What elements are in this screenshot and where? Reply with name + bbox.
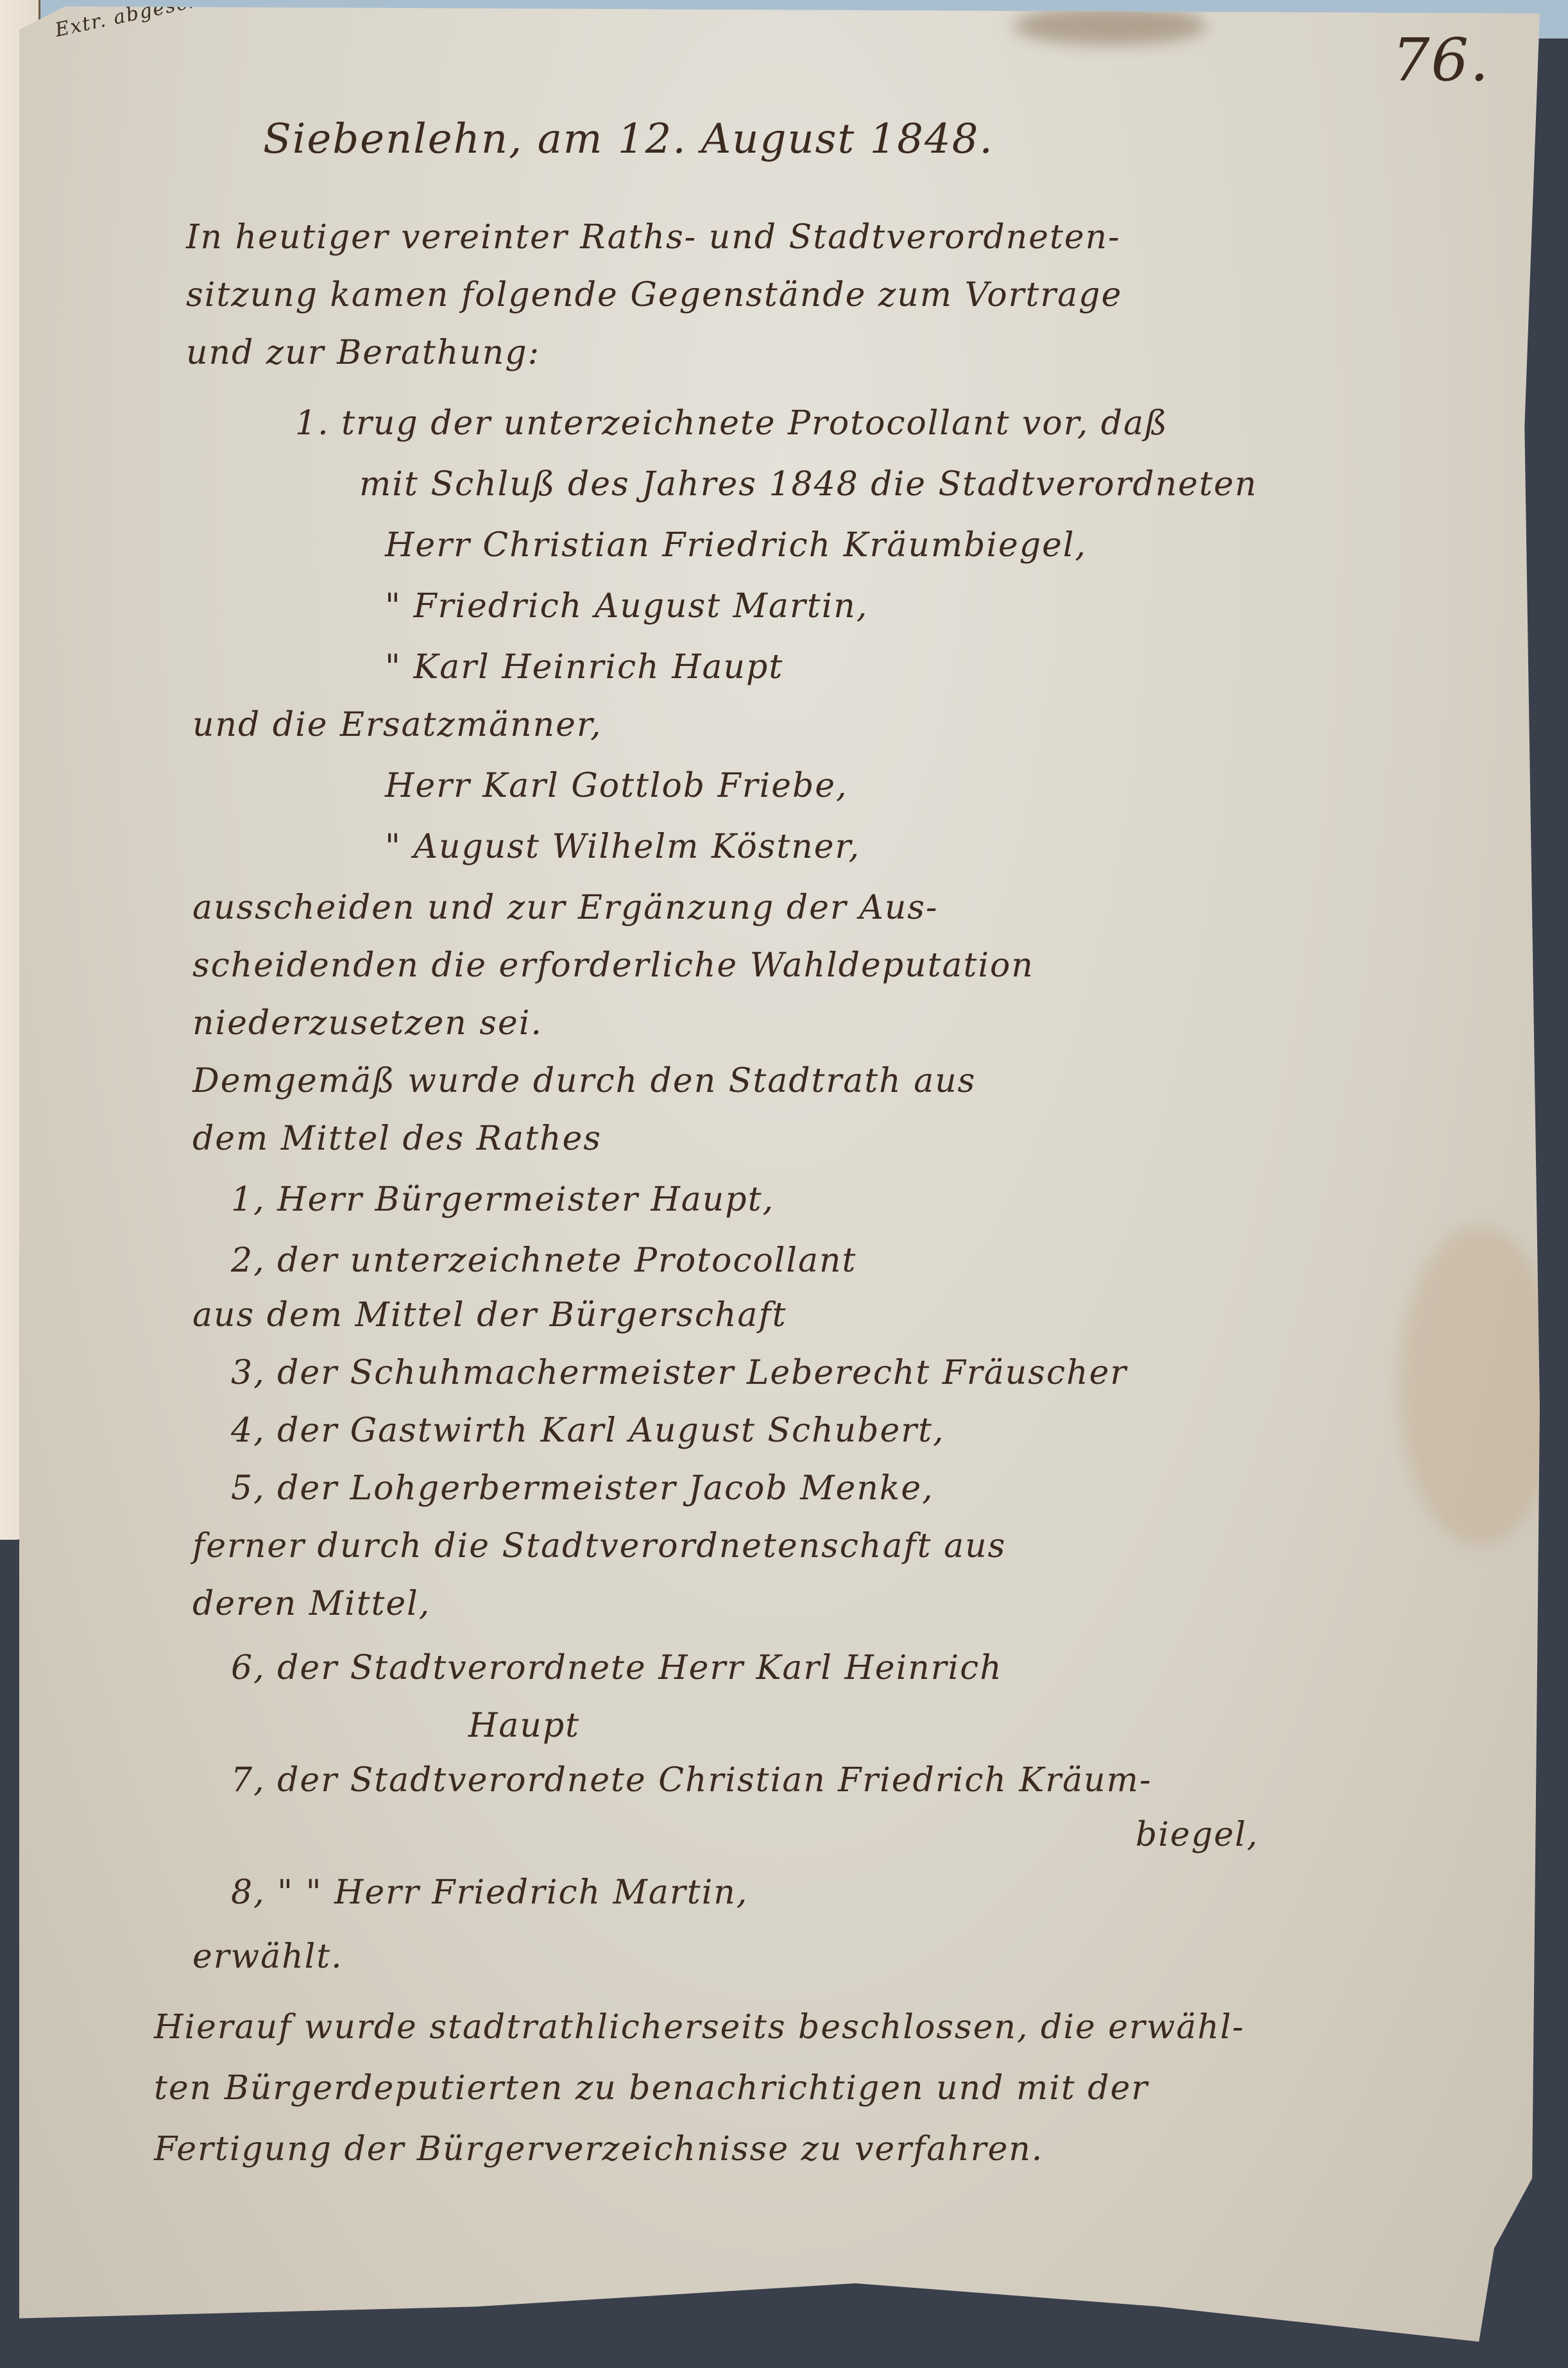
text-line: Herr Karl Gottlob Friebe, — [385, 767, 848, 805]
text-line: 5, der Lohgerbermeister Jacob Menke, — [231, 1469, 934, 1508]
text-line: 4, der Gastwirth Karl August Schubert, — [231, 1411, 945, 1450]
document-heading: Siebenlehn, am 12. August 1848. — [263, 115, 994, 163]
text-line: dem Mittel des Rathes — [192, 1120, 602, 1158]
text-line: sitzung kamen folgende Gegenstände zum V… — [186, 276, 1122, 314]
text-line: und zur Berathung: — [186, 334, 540, 372]
manuscript-page: Extr. abgeschr. 76. Siebenlehn, am 12. A… — [19, 6, 1540, 2342]
text-line: In heutiger vereinter Raths- und Stadtve… — [186, 218, 1121, 257]
text-line: " Friedrich August Martin, — [385, 587, 868, 626]
text-line: aus dem Mittel der Bürgerschaft — [192, 1296, 787, 1334]
text-line: erwählt. — [192, 1938, 343, 1976]
text-line: mit Schluß des Jahres 1848 die Stadtvero… — [359, 465, 1257, 504]
text-line: 1, Herr Bürgermeister Haupt, — [231, 1180, 774, 1219]
text-line: und die Ersatzmänner, — [192, 706, 602, 744]
text-line: deren Mittel, — [192, 1585, 430, 1623]
text-line: 2, der unterzeichnete Protocollant — [231, 1241, 856, 1280]
text-line: Fertigung der Bürgerverzeichnisse zu ver… — [154, 2130, 1043, 2168]
text-line: 1. trug der unterzeichnete Protocollant … — [295, 404, 1168, 443]
text-line: 8, " " Herr Friedrich Martin, — [231, 1873, 748, 1912]
paper-stain — [1014, 6, 1206, 45]
text-line: ausscheiden und zur Ergänzung der Aus- — [192, 889, 939, 927]
paper-stain — [1399, 1225, 1559, 1546]
page-number: 76. — [1392, 26, 1490, 94]
text-line: Demgemäß wurde durch den Stadtrath aus — [192, 1062, 976, 1100]
text-line: scheidenden die erforderliche Wahldeputa… — [192, 946, 1034, 985]
text-line: ferner durch die Stadtverordnetenschaft … — [192, 1527, 1006, 1565]
text-line: 7, der Stadtverordnete Christian Friedri… — [231, 1761, 1152, 1800]
text-line: 3, der Schuhmachermeister Leberecht Fräu… — [231, 1354, 1127, 1392]
text-line: " August Wilhelm Köstner, — [385, 828, 860, 866]
text-line: Hierauf wurde stadtrathlicherseits besch… — [154, 2008, 1245, 2047]
text-line: biegel, — [1136, 1816, 1259, 1854]
text-line: " Karl Heinrich Haupt — [385, 648, 783, 686]
text-line: niederzusetzen sei. — [192, 1004, 543, 1043]
text-line: 6, der Stadtverordnete Herr Karl Heinric… — [231, 1649, 1003, 1687]
text-line: Haupt — [468, 1707, 580, 1745]
text-line: Herr Christian Friedrich Kräumbiegel, — [385, 526, 1087, 565]
text-line: ten Bürgerdeputierten zu benachrichtigen… — [154, 2069, 1148, 2108]
